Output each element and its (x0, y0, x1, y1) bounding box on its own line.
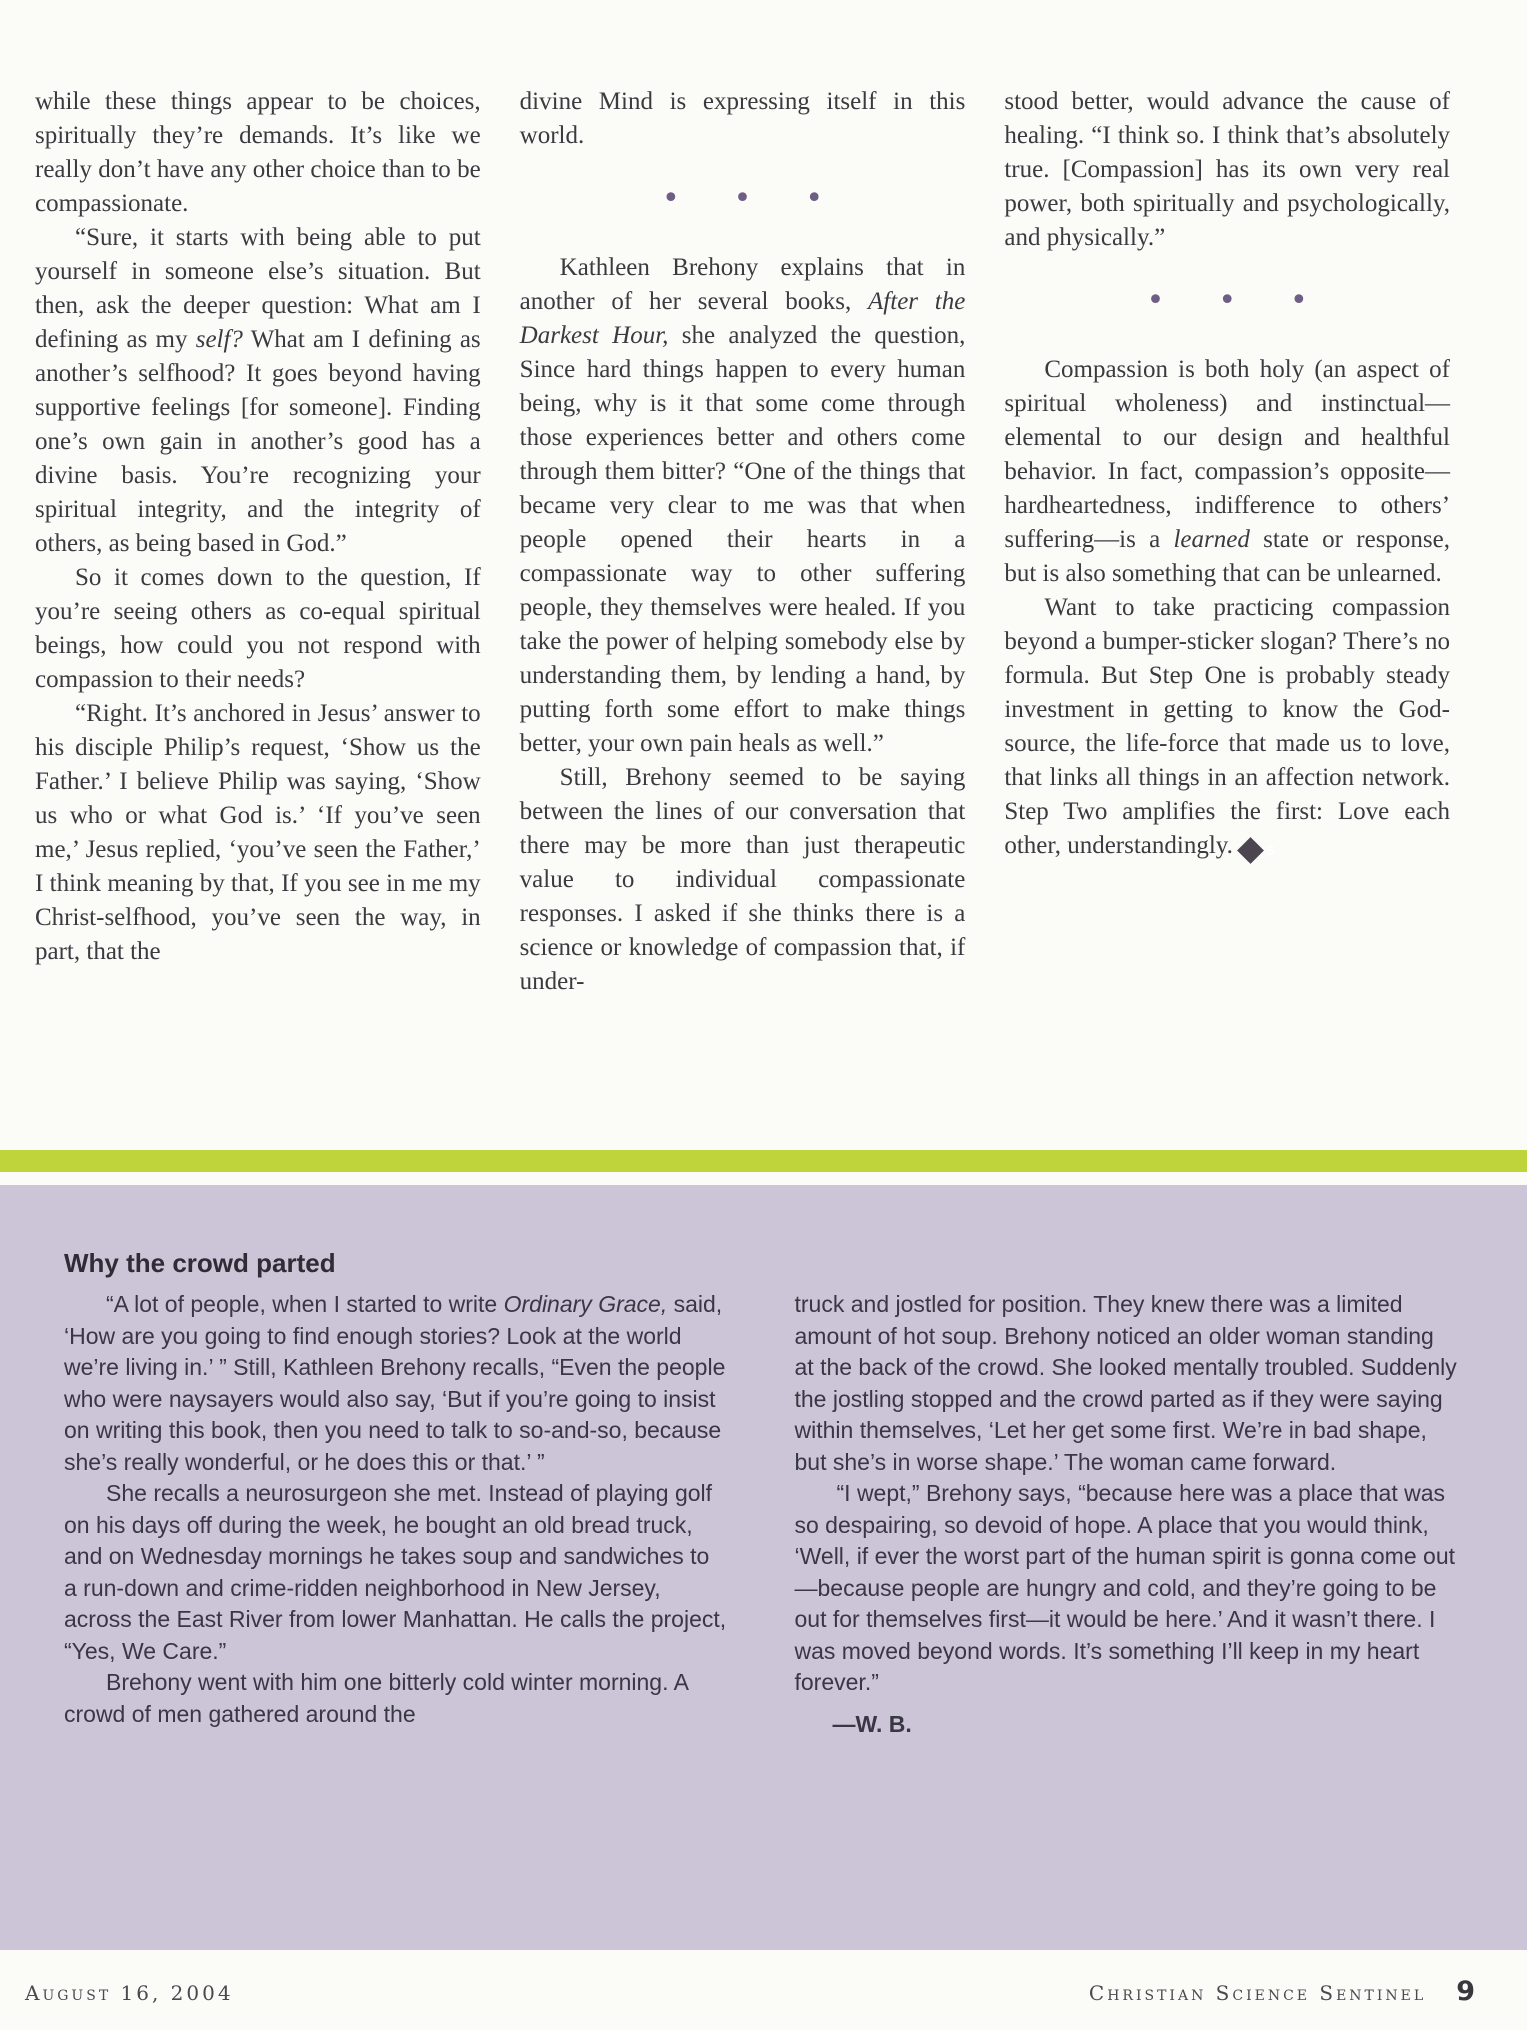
article-body: while these things appear to be choices,… (0, 0, 1527, 1150)
dot-icon: • (805, 181, 823, 216)
paragraph-text: “A lot of people, when I started to writ… (106, 1291, 504, 1317)
paragraph: “Right. It’s anchored in Jesus’ answer t… (35, 697, 481, 969)
dot-icon: • (734, 181, 752, 216)
end-of-article-ornament: S (1237, 837, 1264, 864)
paragraph-text: What am I defining as another’s selfhood… (35, 326, 481, 557)
paragraph-text: Want to take practicing compassion beyon… (1004, 594, 1450, 859)
sidebar-story-box: Why the crowd parted “A lot of people, w… (0, 1185, 1527, 1950)
paragraph: while these things appear to be choices,… (35, 85, 481, 221)
paragraph: Brehony went with him one bitterly cold … (64, 1667, 727, 1730)
page-footer: August 16, 2004 Christian Science Sentin… (0, 1950, 1527, 2030)
paragraph: Still, Brehony seemed to be saying betwe… (520, 761, 966, 999)
section-divider-dots: ••• (1004, 291, 1450, 313)
paragraph-text: Compassion is both holy (an aspect of sp… (1004, 356, 1450, 553)
paragraph: stood better, would advance the cause of… (1004, 85, 1450, 255)
sidebar-byline: —W. B. (795, 1709, 1458, 1741)
sidebar-column-2: truck and jostled for position. They kne… (795, 1289, 1458, 1950)
paragraph: “Sure, it starts with being able to put … (35, 221, 481, 561)
paragraph: She recalls a neurosurgeon she met. Inst… (64, 1478, 727, 1667)
section-divider-dots: ••• (520, 189, 966, 211)
italic-word-learned: learned (1173, 526, 1249, 553)
dot-icon: • (1147, 283, 1165, 318)
paragraph: truck and jostled for position. They kne… (795, 1289, 1458, 1478)
sidebar-column-1: Why the crowd parted “A lot of people, w… (64, 1247, 727, 1950)
paragraph-text: said, ‘How are you going to find enough … (64, 1291, 725, 1475)
article-column-2: divine Mind is expressing itself in this… (520, 85, 966, 1150)
magazine-page: while these things appear to be choices,… (0, 0, 1527, 2030)
book-title-italic: Ordinary Grace, (504, 1291, 668, 1317)
ornament-letter: S (1226, 844, 1275, 857)
dot-icon: • (1218, 283, 1236, 318)
divider-gap (0, 1172, 1527, 1185)
paragraph: “A lot of people, when I started to writ… (64, 1289, 727, 1478)
footer-date: August 16, 2004 (25, 1981, 234, 2005)
paragraph: divine Mind is expressing itself in this… (520, 85, 966, 153)
italic-word-self: self? (196, 326, 243, 353)
article-column-3: stood better, would advance the cause of… (1004, 85, 1450, 1150)
green-divider-bar (0, 1150, 1527, 1172)
sidebar-title: Why the crowd parted (64, 1247, 727, 1280)
paragraph: Kathleen Brehony explains that in anothe… (520, 251, 966, 761)
paragraph: “I wept,” Brehony says, “because here wa… (795, 1478, 1458, 1699)
article-column-1: while these things appear to be choices,… (35, 85, 481, 1150)
footer-publication: Christian Science Sentinel (1089, 1981, 1426, 2005)
paragraph: Compassion is both holy (an aspect of sp… (1004, 353, 1450, 591)
dot-icon: • (662, 181, 680, 216)
dot-icon: • (1290, 283, 1308, 318)
paragraph-text: she analyzed the question, Since hard th… (520, 322, 966, 757)
footer-right-group: Christian Science Sentinel 9 (1089, 1976, 1475, 2007)
paragraph: So it comes down to the question, If you… (35, 561, 481, 697)
footer-page-number: 9 (1456, 1976, 1475, 2007)
paragraph: Want to take practicing compassion beyon… (1004, 591, 1450, 863)
